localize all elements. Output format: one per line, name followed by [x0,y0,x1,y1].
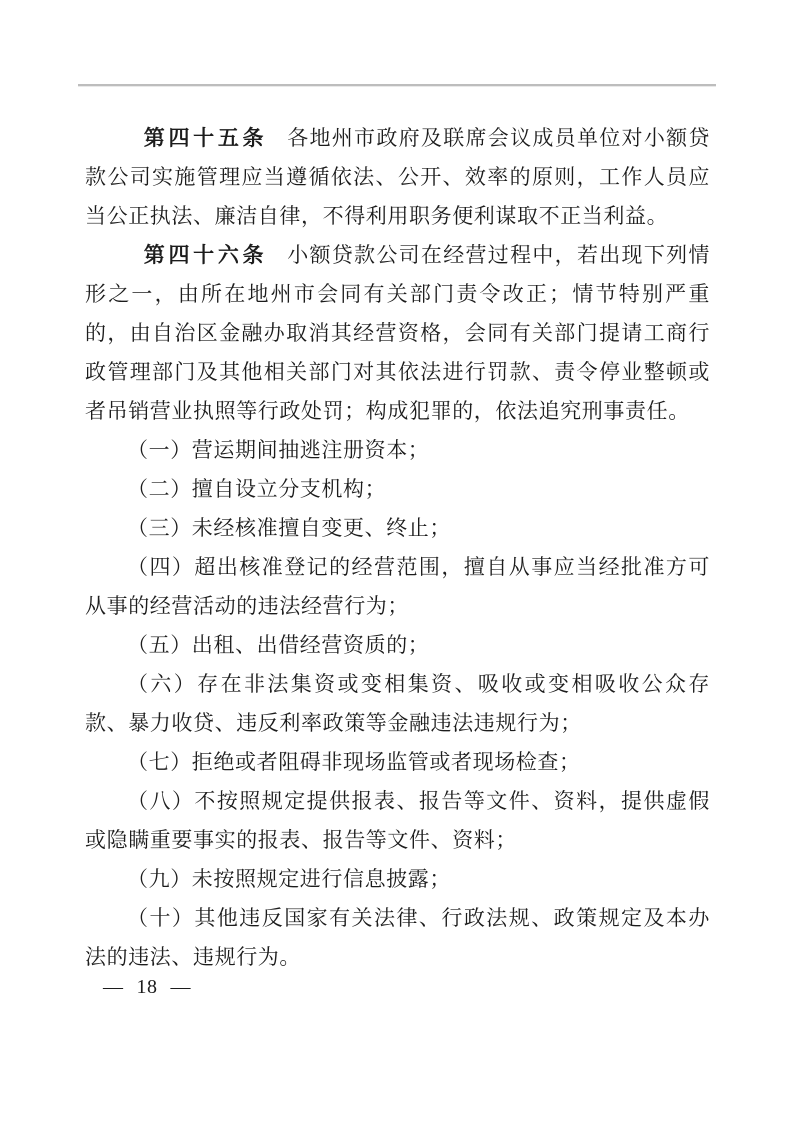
page-number: — 18 — [103,976,191,999]
article-paragraph-46: 第四十六条小额贷款公司在经营过程中，若出现下列情形之一，由所在地州市会同有关部门… [85,236,710,431]
page-number-right-dash: — [171,976,192,999]
clause-item-8: （八）不按照规定提供报表、报告等文件、资料，提供虚假或隐瞒重要事实的报表、报告等… [85,782,710,860]
page-number-left-dash: — [103,976,124,999]
clause-item-4: （四）超出核准登记的经营范围，擅自从事应当经批准方可从事的经营活动的违法经营行为… [85,548,710,626]
article-number: 第四十五条 [144,126,267,150]
document-page: 第四十五条各地州市政府及联席会议成员单位对小额贷款公司实施管理应当遵循依法、公开… [0,0,793,1122]
clause-item-2: （二）擅自设立分支机构； [85,470,710,509]
clause-item-9: （九）未按照规定进行信息披露； [85,860,710,899]
page-number-value: 18 [137,976,158,999]
document-body: 第四十五条各地州市政府及联席会议成员单位对小额贷款公司实施管理应当遵循依法、公开… [85,119,710,981]
header-divider-line [78,84,716,87]
clause-item-7: （七）拒绝或者阻碍非现场监管或者现场检查； [85,743,710,782]
clause-item-3: （三）未经核准擅自变更、终止； [85,509,710,548]
clause-item-6: （六）存在非法集资或变相集资、吸收或变相吸收公众存款、暴力收贷、违反利率政策等金… [85,665,710,743]
article-text: 小额贷款公司在经营过程中，若出现下列情形之一，由所在地州市会同有关部门责令改正；… [85,243,710,423]
article-paragraph-45: 第四十五条各地州市政府及联席会议成员单位对小额贷款公司实施管理应当遵循依法、公开… [85,119,710,236]
clause-item-1: （一）营运期间抽逃注册资本； [85,431,710,470]
article-number: 第四十六条 [144,243,267,267]
clause-item-10: （十）其他违反国家有关法律、行政法规、政策规定及本办法的违法、违规行为。 [85,899,710,977]
clause-item-5: （五）出租、出借经营资质的； [85,626,710,665]
